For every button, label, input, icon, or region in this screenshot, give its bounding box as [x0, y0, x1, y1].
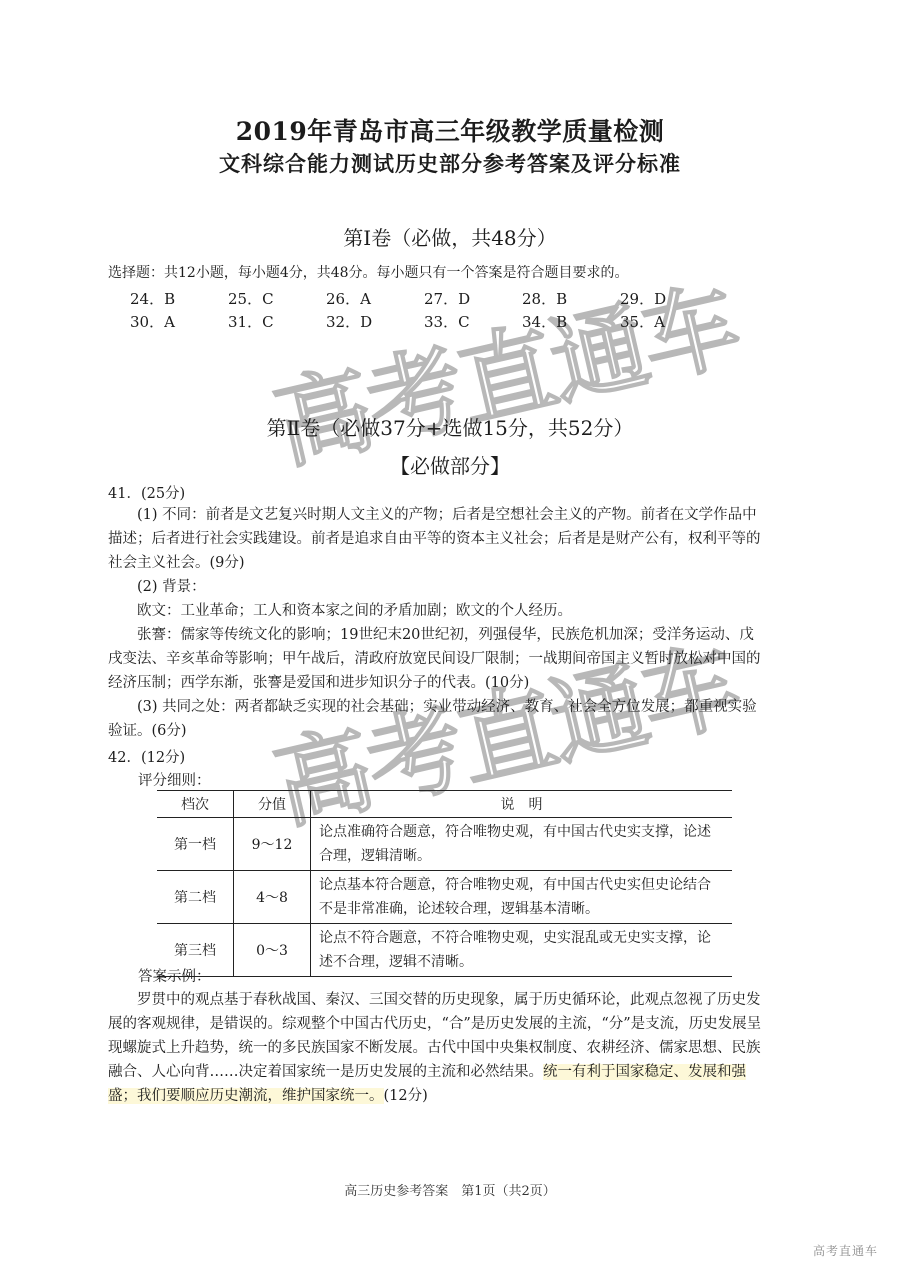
header-level: 档次: [157, 791, 234, 818]
header-score: 分值: [234, 791, 311, 818]
answer-35: 35．A: [620, 311, 718, 332]
table-row: 第二档 4～8 论点基本符合题意，符合唯物史观，有中国古代史实但史论结合不是非常…: [157, 871, 732, 924]
example-answer: 罗贯中的观点基于春秋战国、秦汉、三国交替的历史现象，属于历史循环论，此观点忽视了…: [108, 988, 768, 1108]
part1-intro: 选择题：共12小题，每小题4分，共48分。每小题只有一个答案是符合题目要求的。: [108, 262, 629, 282]
q41-part3: (3) 共同之处：两者都缺乏实现的社会基础；实业带动经济、教育、社会全方位发展；…: [108, 695, 768, 743]
description-cell: 论点不符合题意，不符合唯物史观，史实混乱或无史实支撑，论述不合理，逻辑不清晰。: [311, 924, 733, 977]
page-footer: 高三历史参考答案 第1页（共2页）: [0, 1180, 900, 1199]
score-cell: 9～12: [234, 818, 311, 871]
rubric-label: 评分细则：: [138, 769, 211, 790]
answer-27: 27．D: [424, 288, 522, 309]
answers-row-2: 30．A31．C32．D33．C34．B35．A: [130, 311, 718, 332]
answer-32: 32．D: [326, 311, 424, 332]
level-cell: 第二档: [157, 871, 234, 924]
score-cell: 4～8: [234, 871, 311, 924]
answer-33: 33．C: [424, 311, 522, 332]
header-description: 说 明: [311, 791, 733, 818]
answer-29: 29．D: [620, 288, 718, 309]
table-row: 第三档 0～3 论点不符合题意，不符合唯物史观，史实混乱或无史实支撑，论述不合理…: [157, 924, 732, 977]
score-cell: 0～3: [234, 924, 311, 977]
required-section-heading: 【必做部分】: [0, 450, 900, 479]
q41-part2-zhang: 张謇：儒家等传统文化的影响；19世纪末20世纪初，列强侵华，民族危机加深；受洋务…: [108, 623, 768, 695]
answer-25: 25．C: [228, 288, 326, 309]
answer-28: 28．B: [522, 288, 620, 309]
question-41-answers: (1) 不同：前者是文艺复兴时期人文主义的产物；后者是空想社会主义的产物。前者在…: [108, 503, 768, 743]
table-header-row: 档次 分值 说 明: [157, 791, 732, 818]
part2-heading: 第Ⅱ卷（必做37分+选做15分，共52分）: [0, 412, 900, 441]
description-cell: 论点基本符合题意，符合唯物史观，有中国古代史实但史论结合不是非常准确，论述较合理…: [311, 871, 733, 924]
answer-34: 34．B: [522, 311, 620, 332]
grading-table: 档次 分值 说 明 第一档 9～12 论点准确符合题意，符合唯物史观，有中国古代…: [157, 790, 732, 977]
question-42-label: 42．(12分): [108, 746, 185, 767]
example-label: 答案示例：: [138, 965, 211, 986]
description-cell: 论点准确符合题意，符合唯物史观，有中国古代史实支撑，论述合理，逻辑清晰。: [311, 818, 733, 871]
part1-heading: 第Ⅰ卷（必做，共48分）: [0, 222, 900, 251]
document-subtitle: 文科综合能力测试历史部分参考答案及评分标准: [0, 148, 900, 178]
answer-30: 30．A: [130, 311, 228, 332]
answer-31: 31．C: [228, 311, 326, 332]
table-row: 第一档 9～12 论点准确符合题意，符合唯物史观，有中国古代史实支撑，论述合理，…: [157, 818, 732, 871]
answer-24: 24．B: [130, 288, 228, 309]
level-cell: 第一档: [157, 818, 234, 871]
q41-part2-label: (2) 背景：: [108, 575, 768, 599]
answer-26: 26．A: [326, 288, 424, 309]
q41-part1: (1) 不同：前者是文艺复兴时期人文主义的产物；后者是空想社会主义的产物。前者在…: [108, 503, 768, 575]
brand-logo: 高考直通车: [813, 1242, 878, 1259]
example-score: (12分): [384, 1088, 428, 1104]
document-title: 2019年青岛市高三年级教学质量检测: [0, 112, 900, 148]
q41-part2-owen: 欧文：工业革命；工人和资本家之间的矛盾加剧；欧文的个人经历。: [108, 599, 768, 623]
question-41-label: 41．(25分): [108, 482, 185, 503]
answers-row-1: 24．B25．C26．A27．D28．B29．D: [130, 288, 718, 309]
